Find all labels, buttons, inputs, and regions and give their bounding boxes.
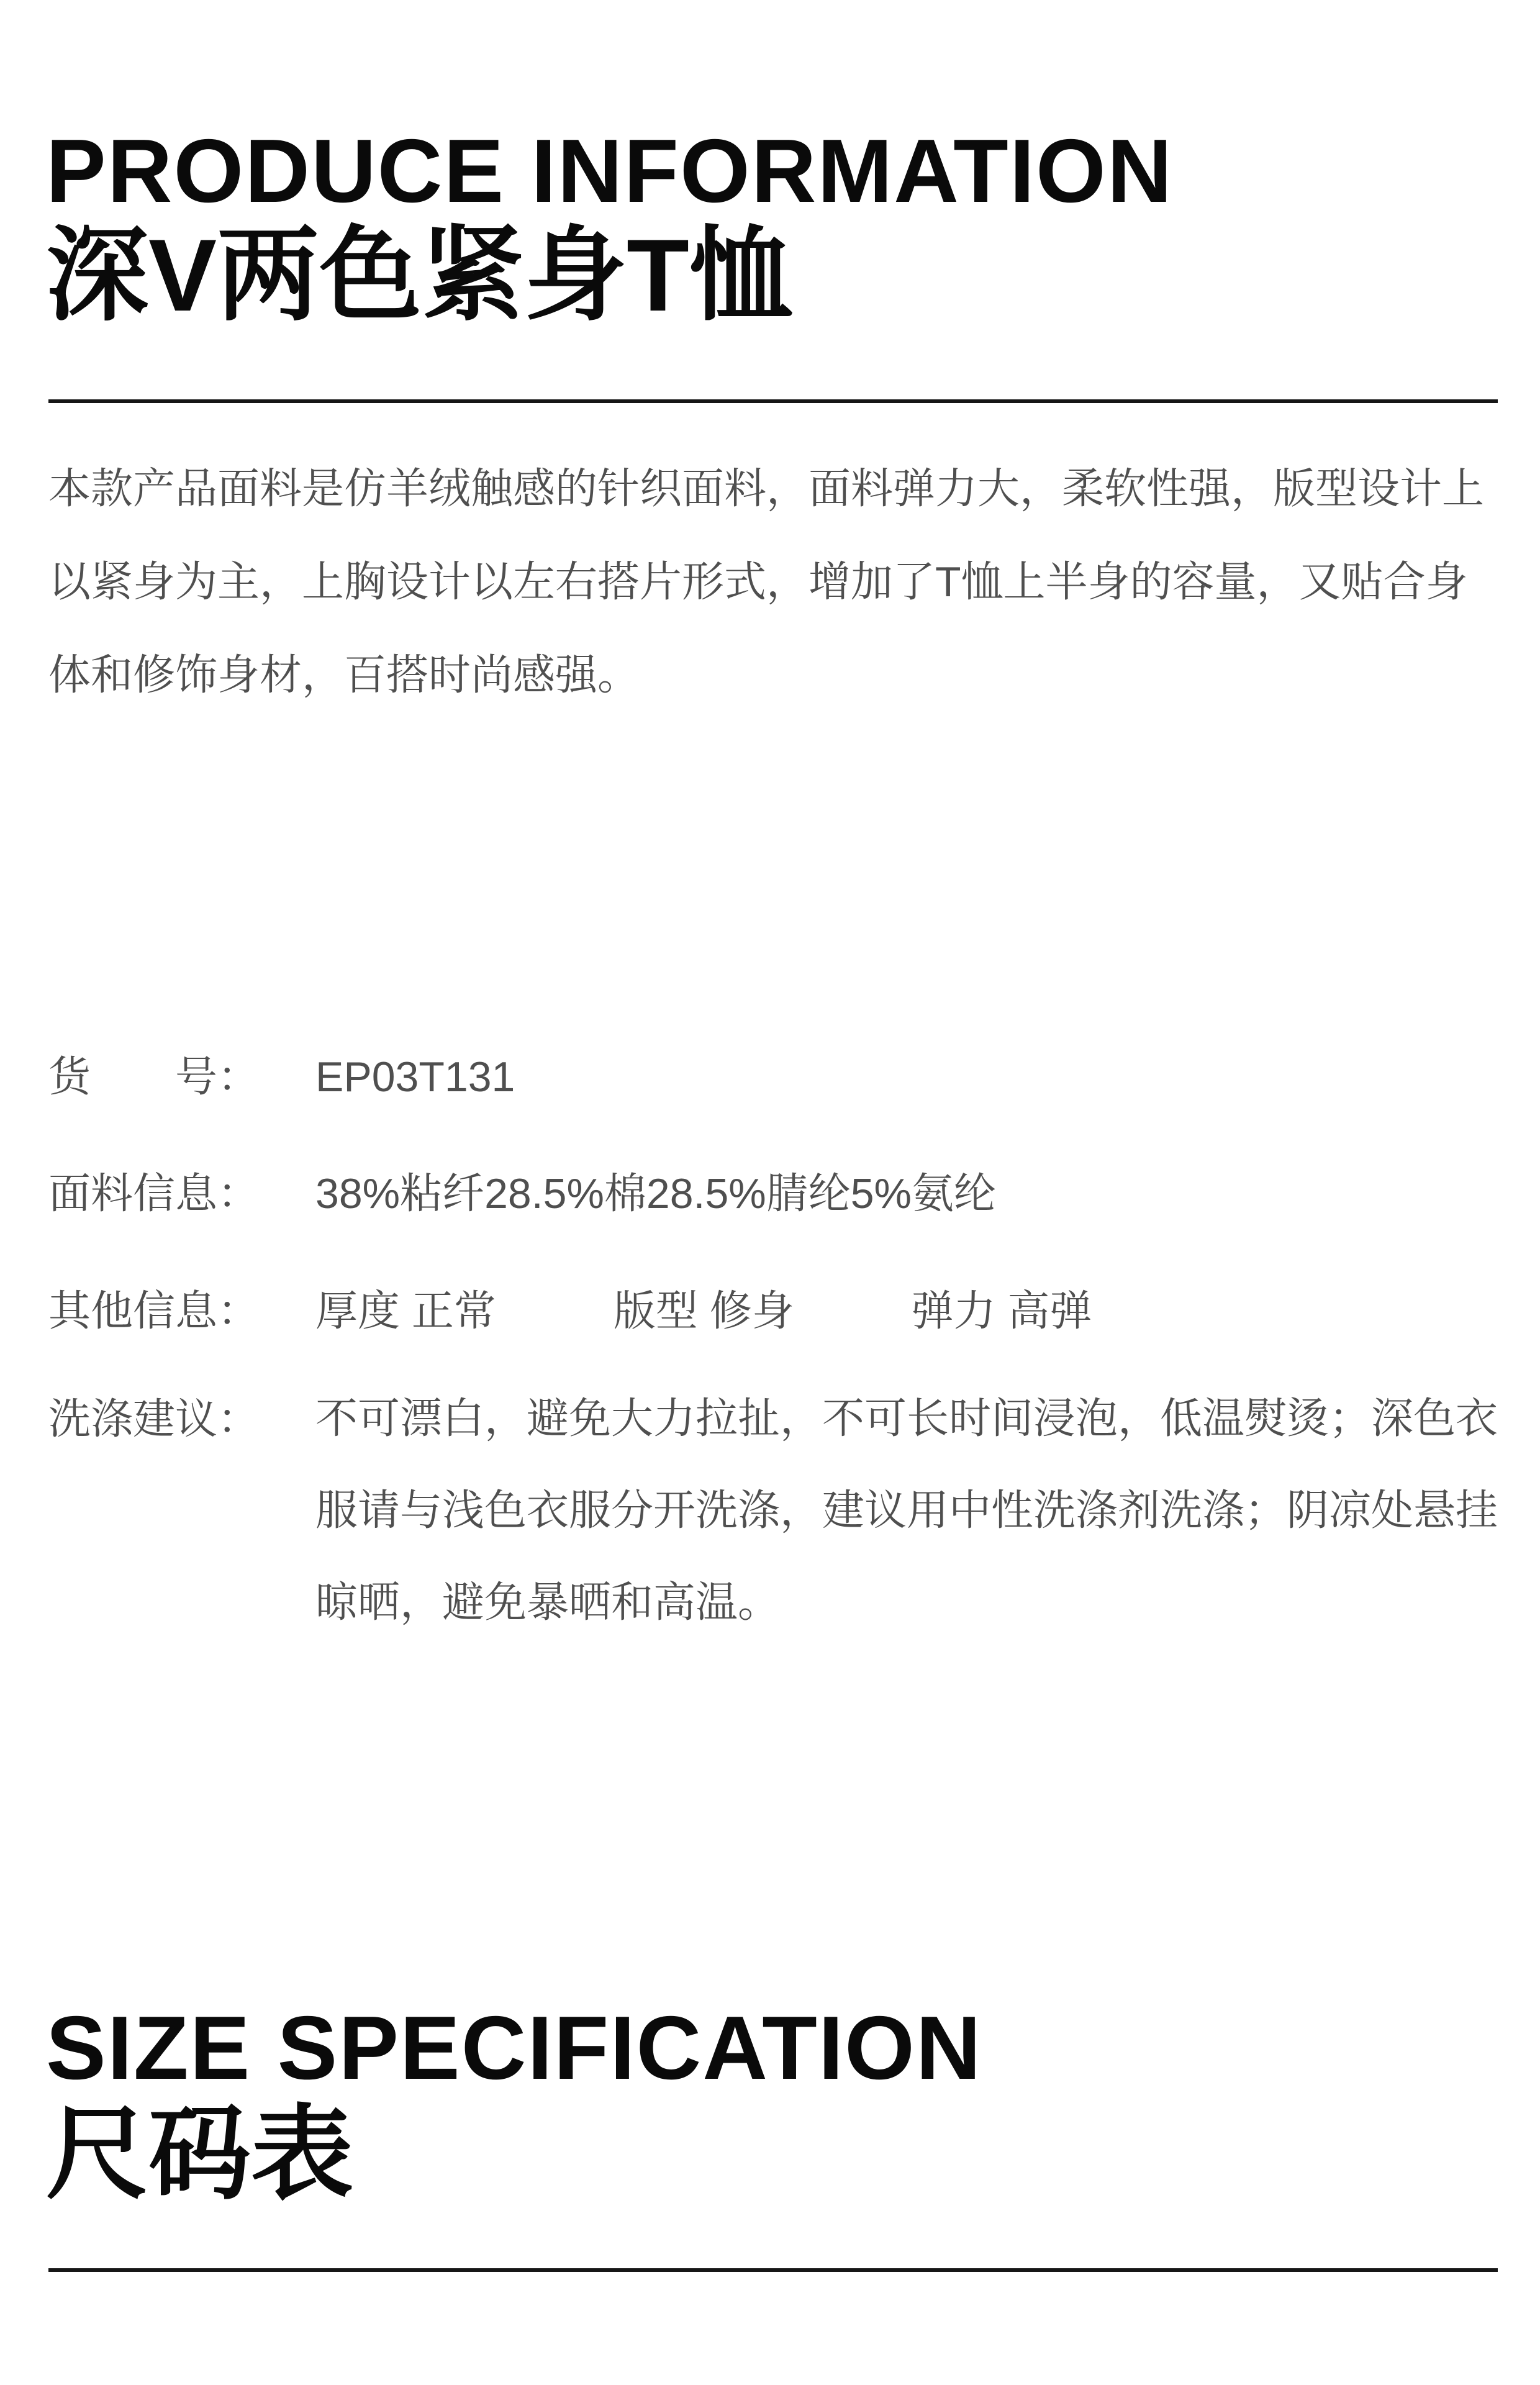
description-line: 以紧身为主，上胸设计以左右搭片形式，增加了T恤上半身的容量，又贴合身	[48, 535, 1508, 629]
bottom-divider	[48, 2268, 1498, 2272]
wash-advice-line: 服请与浅色衣服分开洗涤，建议用中性洗涤剂洗涤；阴凉处悬挂	[315, 1465, 1498, 1556]
detail-row-item-number: 货 号： EP03T131	[48, 1030, 515, 1124]
detail-label: 洗涤建议：	[48, 1373, 315, 1466]
size-specification-heading: SIZE SPECIFICATION	[46, 2001, 982, 2094]
description-line: 体和修饰身材，百搭时尚感强。	[48, 629, 1508, 722]
produce-information-heading: PRODUCE INFORMATION	[46, 124, 1174, 217]
product-title-zh: 深V两色紧身T恤	[46, 219, 792, 331]
detail-row-other-info: 其他信息： 厚度 正常 版型 修身 弹力 高弹	[48, 1265, 1092, 1358]
detail-label: 货 号：	[48, 1030, 315, 1124]
item-number-value: EP03T131	[315, 1030, 515, 1124]
detail-row-wash-advice: 洗涤建议： 不可漂白，避免大力拉扯，不可长时间浸泡，低温熨烫；深色衣 服请与浅色…	[48, 1373, 1498, 1648]
wash-advice-text: 不可漂白，避免大力拉扯，不可长时间浸泡，低温熨烫；深色衣 服请与浅色衣服分开洗涤…	[315, 1373, 1498, 1648]
fabric-composition-value: 38%粘纤28.5%棉28.5%腈纶5%氨纶	[315, 1147, 996, 1240]
wash-advice-line: 不可漂白，避免大力拉扯，不可长时间浸泡，低温熨烫；深色衣	[315, 1373, 1498, 1465]
thickness-value: 厚度 正常	[315, 1288, 496, 1335]
size-chart-title-zh: 尺码表	[46, 2098, 353, 2210]
detail-row-fabric-info: 面料信息： 38%粘纤28.5%棉28.5%腈纶5%氨纶	[48, 1147, 996, 1240]
wash-advice-line: 晾晒，避免暴晒和高温。	[315, 1556, 1498, 1648]
description-line: 本款产品面料是仿羊绒触感的针织面料，面料弹力大，柔软性强，版型设计上	[48, 442, 1508, 535]
product-detail-page: PRODUCE INFORMATION 深V两色紧身T恤 本款产品面料是仿羊绒触…	[0, 0, 1540, 2385]
elasticity-value: 弹力 高弹	[912, 1288, 1092, 1335]
fit-value: 版型 修身	[614, 1288, 794, 1335]
title-divider	[48, 399, 1498, 403]
detail-label: 面料信息：	[48, 1147, 315, 1240]
detail-label: 其他信息：	[48, 1265, 315, 1358]
other-info-values: 厚度 正常 版型 修身 弹力 高弹	[315, 1265, 1092, 1358]
product-description: 本款产品面料是仿羊绒触感的针织面料，面料弹力大，柔软性强，版型设计上 以紧身为主…	[48, 442, 1508, 722]
